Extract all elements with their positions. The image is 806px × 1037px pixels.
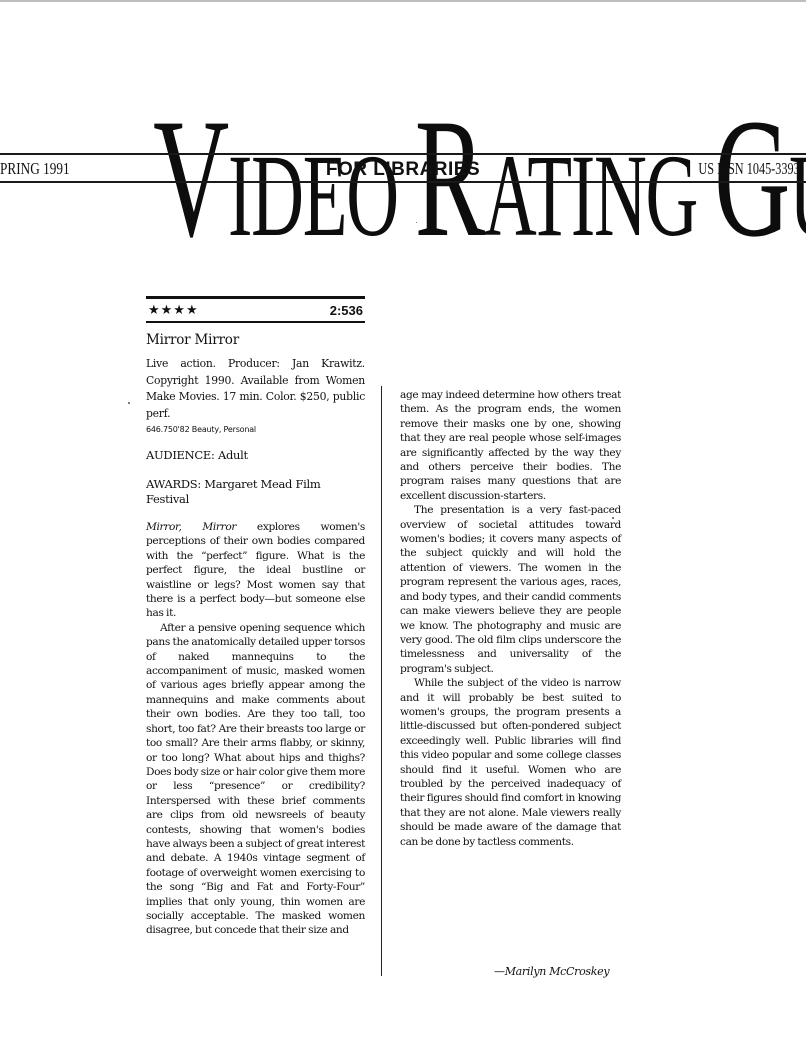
body-paragraph: After a pensive opening sequence which p… bbox=[146, 621, 365, 938]
review-rating-row: ★★★★ 2:536 bbox=[146, 299, 365, 321]
column-divider bbox=[381, 386, 382, 976]
review-header-rule-bottom bbox=[146, 321, 365, 323]
review-right-column: age may indeed determine how others trea… bbox=[400, 388, 621, 849]
reviewer-byline: —Marilyn McCroskey bbox=[494, 965, 609, 978]
masthead-subtitle: FOR LIBRARIES bbox=[0, 158, 806, 182]
review-title: Mirror Mirror bbox=[146, 332, 365, 348]
body-paragraph: The presentation is a very fast-paced ov… bbox=[400, 503, 621, 676]
review-credits: Live action. Producer: Jan Krawitz. Copy… bbox=[146, 356, 365, 422]
review-classification: 646.750'82 Beauty, Personal bbox=[146, 424, 365, 436]
review-audience: AUDIENCE: Adult bbox=[146, 448, 365, 463]
masthead-letter: ATING bbox=[484, 130, 714, 261]
masthead-letter: IDEO bbox=[228, 130, 415, 261]
scan-speck bbox=[416, 222, 417, 223]
scan-speck bbox=[612, 517, 614, 519]
review-body-right: age may indeed determine how others trea… bbox=[400, 388, 621, 849]
review-body-left: Mirror, Mirror explores women's percepti… bbox=[146, 520, 365, 938]
body-paragraph: While the subject of the video is narrow… bbox=[400, 676, 621, 849]
scan-speck bbox=[128, 402, 130, 404]
masthead-top-rule bbox=[0, 0, 806, 2]
masthead-letter: UIDE bbox=[789, 130, 806, 261]
body-paragraph: Mirror, Mirror explores women's percepti… bbox=[146, 520, 365, 621]
star-rating-icon: ★★★★ bbox=[148, 303, 199, 318]
body-paragraph: age may indeed determine how others trea… bbox=[400, 388, 621, 503]
film-title-italic: Mirror, Mirror bbox=[146, 521, 236, 533]
review-article: ★★★★ 2:536 Mirror Mirror Live action. Pr… bbox=[146, 296, 636, 996]
issn-number: US ISSN 1045-3393 bbox=[699, 158, 800, 180]
review-number: 2:536 bbox=[330, 303, 363, 318]
review-left-column: ★★★★ 2:536 Mirror Mirror Live action. Pr… bbox=[146, 296, 365, 938]
masthead-rule-upper bbox=[0, 153, 806, 155]
review-awards: AWARDS: Margaret Mead Film Festival bbox=[146, 477, 365, 507]
masthead-rule-lower bbox=[0, 181, 806, 183]
paragraph-text: explores women's perceptions of their ow… bbox=[146, 521, 365, 619]
